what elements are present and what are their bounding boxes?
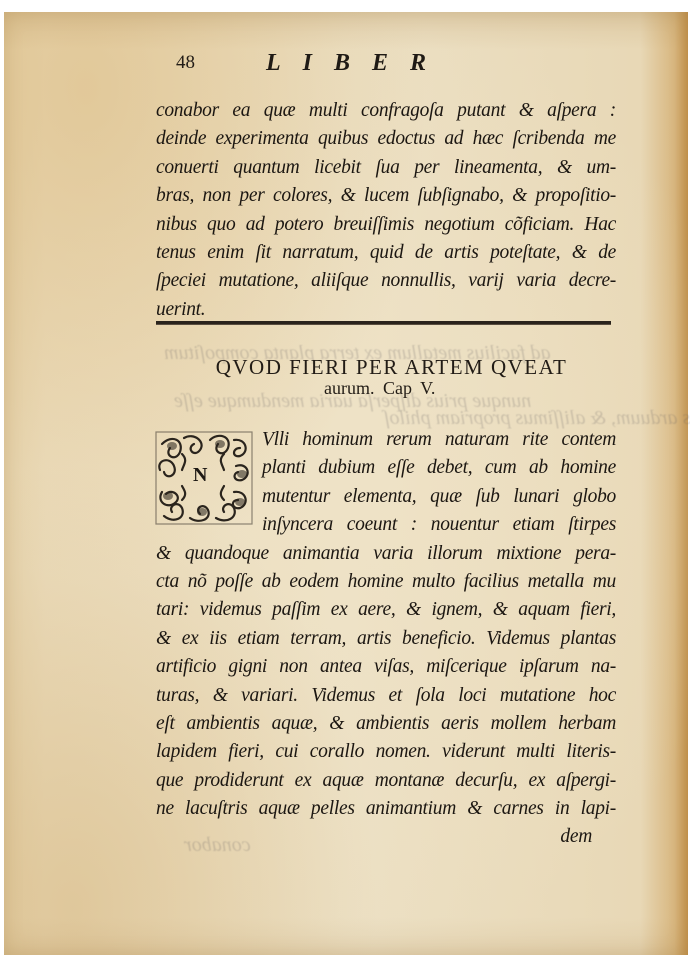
page-header: 48 LIBER	[176, 50, 616, 80]
chapter-title: QVOD FIERI PER ARTEM QVEAT	[169, 355, 614, 380]
text-line: mutentur elementa, quæ ſub lunari globo	[156, 483, 616, 511]
text-line: planti dubium eſſe debet, cum ab homine	[156, 454, 616, 482]
text-line: conabor ea quæ multi confragoſa putant &…	[156, 97, 616, 125]
text-line: cta nõ poſſe ab eodem homine multo facil…	[156, 568, 616, 596]
text-line: eſt ambientis aquæ, & ambientis aeris mo…	[156, 710, 616, 738]
text-line: bras, non per colores, & lucem ſubſignab…	[156, 182, 616, 210]
text-line: conuerti quantum licebit ſua per lineame…	[156, 154, 616, 182]
text-line: lapidem fieri, cui corallo nomen. videru…	[156, 738, 616, 766]
text-line: turas, & variari. Videmus et ſola loci m…	[156, 682, 616, 710]
running-head: LIBER	[266, 50, 448, 77]
text-line: tenus enim ſit narratum, quid de artis p…	[156, 239, 616, 267]
top-paragraph: conabor ea quæ multi confragoſa putant &…	[156, 97, 616, 324]
text-line: que prodiderunt ex aquæ montanæ decurſu,…	[156, 767, 616, 795]
text-line: tari: videmus paſſim ex aere, & ignem, &…	[156, 596, 616, 624]
catchword: dem	[156, 823, 616, 851]
section-divider-rule	[156, 321, 611, 325]
text-line: nibus quo ad potero breuiſſimis negotium…	[156, 211, 616, 239]
chapter-subtitle: aurum. Cap V.	[324, 378, 435, 399]
text-line: & quandoque animantia varia illorum mixt…	[156, 540, 616, 568]
book-page: ad facilius metallum ex terra planta com…	[4, 12, 688, 955]
text-line: deinde experimenta quibus edoctus ad hæc…	[156, 125, 616, 153]
text-line: uerint.	[156, 296, 616, 324]
text-line: ne lacuſtris aquæ pelles animantium & ca…	[156, 795, 616, 823]
chapter-body: Vlli hominum rerum naturam rite contem p…	[156, 426, 616, 852]
text-line: artificio gigni non antea viſas, miſceri…	[156, 653, 616, 681]
text-line: & ex iis etiam terram, artis beneficio. …	[156, 625, 616, 653]
text-line: inſyncera coeunt : nouentur etiam ſtirpe…	[156, 511, 616, 539]
text-line: ſpeciei mutatione, aliiſque nonnullis, v…	[156, 267, 616, 295]
text-line: Vlli hominum rerum naturam rite contem	[156, 426, 616, 454]
page-number: 48	[176, 52, 195, 74]
